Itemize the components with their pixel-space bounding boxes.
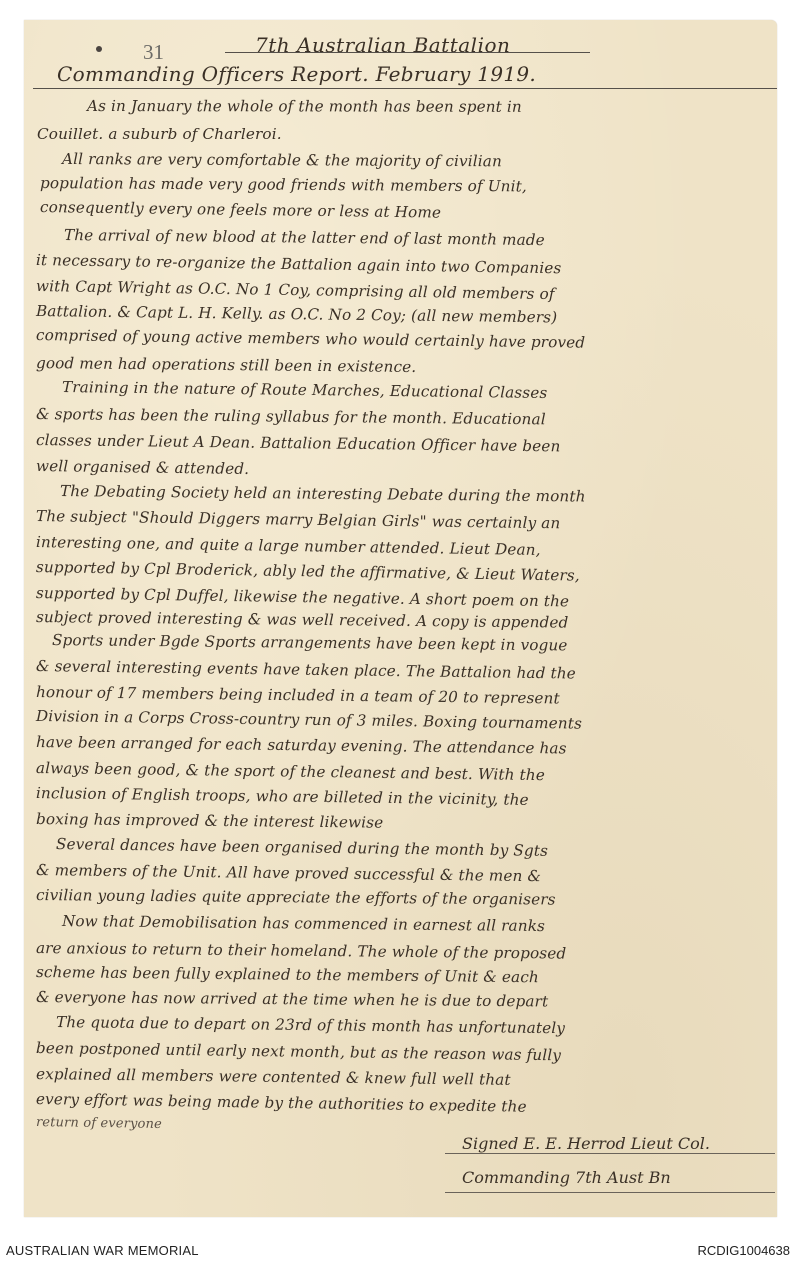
report-title: Commanding Officers Report. February 191… <box>57 62 536 86</box>
heading-underline <box>225 52 590 53</box>
command-line: Commanding 7th Aust Bn <box>462 1168 671 1187</box>
body-line: return of everyone <box>36 1115 162 1132</box>
body-line: Couillet. a suburb of Charleroi. <box>37 125 282 143</box>
ink-mark <box>96 46 102 52</box>
signature-line: Signed E. E. Herrod Lieut Col. <box>462 1134 710 1153</box>
body-line: As in January the whole of the month has… <box>87 97 522 116</box>
institution-credit: AUSTRALIAN WAR MEMORIAL <box>6 1243 199 1258</box>
signature-rule <box>445 1153 775 1154</box>
body-line: population has made very good friends wi… <box>40 174 527 195</box>
battalion-heading: 7th Australian Battalion <box>255 33 510 57</box>
body-line: boxing has improved & the interest likew… <box>36 810 383 832</box>
title-rule <box>33 88 777 89</box>
document-viewer: 31 7th Australian Battalion Commanding O… <box>0 0 800 1263</box>
command-rule <box>445 1192 775 1193</box>
body-line: All ranks are very comfortable & the maj… <box>62 150 502 170</box>
body-line: well organised & attended. <box>36 457 249 478</box>
catalogue-id: RCDIG1004638 <box>698 1243 791 1258</box>
